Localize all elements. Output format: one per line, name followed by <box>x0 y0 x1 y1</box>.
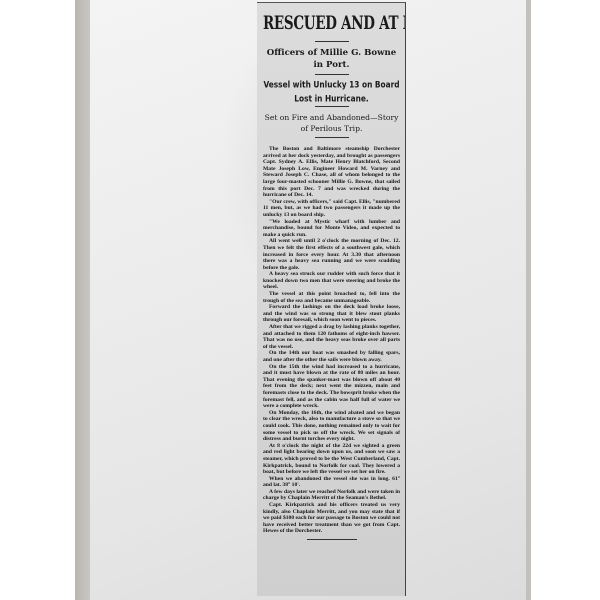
divider <box>315 41 349 42</box>
divider <box>315 74 349 75</box>
paragraph: At 8 o'clock the night of the 22d we sig… <box>263 443 400 476</box>
background-strip-right <box>526 0 531 600</box>
article-body: The Boston and Baltimore steamship Dorch… <box>263 146 400 535</box>
paragraph: A few days later we reached Norfolk and … <box>263 489 400 502</box>
subheadline-2: Vessel with Unlucky 13 on Board Lost in … <box>263 78 400 104</box>
paragraph: "We loaded at Mystic wharf with lumber a… <box>263 219 400 239</box>
end-divider <box>307 539 357 540</box>
paragraph: Capt. Kirkpatrick and his officers treat… <box>263 502 400 535</box>
paragraph: "Our crew, with officers," said Capt. El… <box>263 199 400 219</box>
divider <box>315 137 349 138</box>
paragraph: The Boston and Baltimore steamship Dorch… <box>263 146 400 199</box>
paragraph: All went well until 2 o'clock the mornin… <box>263 238 400 271</box>
paragraph: On the 15th the wind had increased to a … <box>263 364 400 410</box>
paragraph: On the 14th our boat was smashed by fall… <box>263 350 400 363</box>
subheadline-3: Set on Fire and Abandoned—Story of Peril… <box>263 112 400 134</box>
newspaper-clipping: RESCUED AND AT HOME. Officers of Millie … <box>257 2 406 596</box>
subheadline-1: Officers of Millie G. Bowne in Port. <box>263 47 400 71</box>
headline: RESCUED AND AT HOME. <box>263 13 400 35</box>
paragraph: When we abandoned the vessel she was in … <box>263 476 400 489</box>
paragraph: Forward the lashings on the deck load br… <box>263 304 400 324</box>
background-strip-left <box>75 0 90 600</box>
divider <box>315 106 349 107</box>
paragraph: After that we rigged a drag by lashing p… <box>263 324 400 350</box>
paragraph: On Monday, the 16th, the wind abated and… <box>263 410 400 443</box>
paragraph: A heavy sea struck our rudder with such … <box>263 271 400 291</box>
paragraph: The vessel at this point broached to, fe… <box>263 291 400 304</box>
